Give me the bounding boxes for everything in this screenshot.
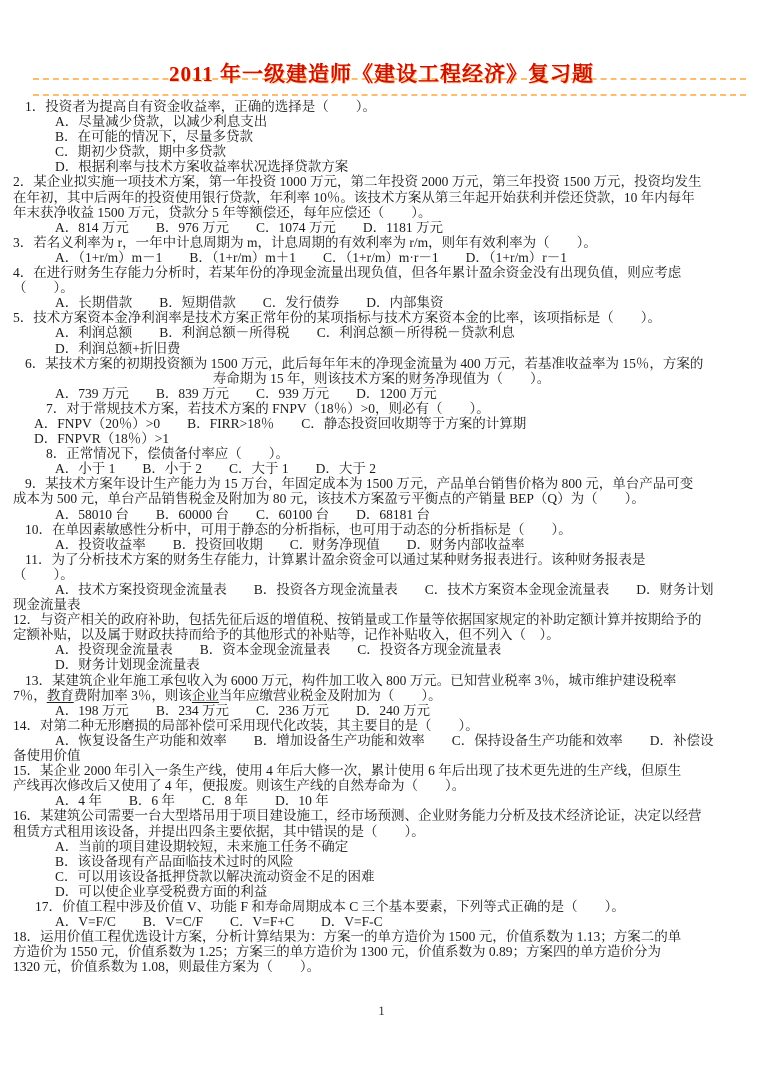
doc-line: D．根据利率与技术方案收益率状况选择贷款方案	[55, 159, 750, 174]
doc-line: A．恢复设备生产功能和效率 B．增加设备生产功能和效率 C．保持设备生产功能和效…	[55, 733, 750, 748]
doc-line: 备使用价值	[13, 748, 750, 763]
doc-line: 12．与资产相关的政府补助，包括先征后返的增值税、按销量或工作量等依据国家规定的…	[13, 612, 750, 627]
title-dashed-divider-bottom	[33, 94, 746, 96]
doc-line: 年末获净收益 1500 万元，贷款分 5 年等额偿还，每年应偿还（ ）。	[13, 205, 750, 220]
doc-line: 在年初，其中后两年的投资使用银行贷款，年利率 10％。该技术方案从第三年起开始获…	[13, 190, 750, 205]
doc-line: A．814 万元 B．976 万元 C．1074 万元 D．1181 万元	[55, 220, 750, 235]
doc-line: 10．在单因素敏感性分析中，可用于静态的分析指标，也可用于动态的分析指标是（ ）…	[25, 522, 750, 537]
doc-line: B．该设备现有产品面临技术过时的风险	[55, 854, 750, 869]
doc-line: A．投资收益率 B．投资回收期 C．财务净现值 D．财务内部收益率	[55, 537, 750, 552]
doc-line: A．198 万元 B．234 万元 C．236 万元 D．240 万元	[55, 703, 750, 718]
doc-line: A．V=F/C B．V=C/F C．V=F+C D．V=F-C	[55, 914, 750, 929]
doc-line: 现金流量表	[13, 597, 750, 612]
doc-line: 7．对于常规技术方案，若技术方案的 FNPV（18％）>0，则必有（ ）。	[46, 401, 750, 416]
doc-line: 9．某技术方案年设计生产能力为 15 万台，年固定成本为 1500 万元，产品单…	[25, 476, 750, 491]
doc-line: A．利润总额 B．利润总额－所得税 C．利润总额－所得税－贷款利息	[55, 325, 750, 340]
doc-line: 方造价为 1550 元，价值系数为 1.25；方案三的单方造价为 1300 元，…	[13, 944, 750, 959]
doc-line: A．投资现金流量表 B．资本金现金流量表 C．投资各方现金流量表	[55, 642, 750, 657]
doc-line: A．（1+r/m）m－1 B．（1+r/m）m＋1 C．（1+r/m）m·r－1…	[55, 250, 750, 265]
doc-line: （ ）。	[13, 567, 750, 582]
doc-line: 寿命期为 15 年，则该技术方案的财务净现值为（ ）。	[13, 371, 750, 386]
page-title: 2011 年一级建造师《建设工程经济》复习题	[0, 58, 763, 88]
doc-line: A．58010 台 B．60000 台 C．60100 台 D．68181 台	[55, 507, 750, 522]
doc-line: 3．若名义利率为 r，一年中计息周期为 m，计息周期的有效利率为 r/m，则年有…	[13, 235, 750, 250]
doc-line: A．739 万元 B．839 万元 C．939 万元 D．1200 万元	[55, 386, 750, 401]
doc-line: D．财务计划现金流量表	[55, 657, 750, 672]
doc-line: A．FNPV（20％）>0 B．FIRR>18％ C．静态投资回收期等于方案的计…	[34, 416, 750, 431]
doc-line: 18．运用价值工程优选设计方案，分析计算结果为：方案一的单方造价为 1500 元…	[13, 929, 750, 944]
doc-line: 1．投资者为提高自有资金收益率，正确的选择是（ ）。	[25, 99, 750, 114]
doc-line: 成本为 500 元，单台产品销售税金及附加为 80 元，该技术方案盈亏平衡点的产…	[13, 491, 750, 506]
doc-line: A．长期借款 B．短期借款 C．发行债券 D．内部集资	[55, 295, 750, 310]
doc-line: 15．某企业 2000 年引入一条生产线，使用 4 年后大修一次，累计使用 6 …	[13, 763, 750, 778]
doc-line: 13．某建筑企业年施工承包收入为 6000 万元，构件加工收入 800 万元。已…	[25, 673, 750, 688]
doc-line: 5．技术方案资本金净利润率是技术方案正常年份的某项指标与技术方案资本金的比率，该…	[13, 310, 750, 325]
doc-line: 14．对第二种无形磨损的局部补偿可采用现代化改装，其主要目的是（ ）。	[13, 718, 750, 733]
doc-line: A．当前的项目建设期较短，未来施工任务不确定	[55, 839, 750, 854]
doc-line: A．4 年 B．6 年 C．8 年 D．10 年	[55, 793, 750, 808]
doc-line: D．FNPVR（18％）>1	[34, 431, 750, 446]
document-body: 1．投资者为提高自有资金收益率，正确的选择是（ ）。A．尽量减少贷款，以减少利息…	[13, 99, 750, 974]
doc-line: 6．某技术方案的初期投资额为 1500 万元，此后每年年末的净现金流量为 400…	[25, 356, 750, 371]
doc-line: A．技术方案投资现金流量表 B．投资各方现金流量表 C．技术方案资本金现金流量表…	[55, 582, 750, 597]
page-number: 1	[0, 1003, 763, 1019]
document-page: 2011 年一级建造师《建设工程经济》复习题 1．投资者为提高自有资金收益率，正…	[0, 0, 763, 1080]
doc-line: 产线再次修改后又使用了 4 年，便报废。则该生产线的自然寿命为（ ）。	[13, 778, 750, 793]
doc-line: 11．为了分析技术方案的财务生存能力，计算累计盈余资金可以通过某种财务报表进行。…	[25, 552, 750, 567]
doc-line: 8．正常情况下，偿债备付率应（ ）。	[46, 446, 750, 461]
doc-line: 4．在进行财务生存能力分析时，若某年份的净现金流量出现负值，但各年累计盈余资金没…	[13, 265, 750, 280]
doc-line: 7％，教育费附加率 3％，则该企业当年应缴营业税金及附加为（ ）。	[13, 688, 750, 703]
doc-line: 1320 元，价值系数为 1.08，则最佳方案为（ ）。	[13, 959, 750, 974]
doc-line: B．在可能的情况下，尽量多贷款	[55, 129, 750, 144]
doc-line: （ ）。	[13, 280, 750, 295]
doc-line: 定额补贴，以及属于财政扶持而给予的其他形式的补贴等，记作补贴收入，但不列入（ ）…	[13, 627, 750, 642]
doc-line: 租赁方式租用该设备，并提出四条主要依据，其中错误的是（ ）。	[13, 824, 750, 839]
doc-line: C．可以用该设备抵押贷款以解决流动资金不足的困难	[55, 869, 750, 884]
doc-line: 2．某企业拟实施一项技术方案，第一年投资 1000 万元，第二年投资 2000 …	[13, 174, 750, 189]
doc-line: D．可以使企业享受税费方面的利益	[55, 884, 750, 899]
doc-line: C．期初少贷款，期中多贷款	[55, 144, 750, 159]
doc-line: 16．某建筑公司需要一台大型塔吊用于项目建设施工，经市场预测、企业财务能力分析及…	[13, 808, 750, 823]
doc-line: D．利润总额+折旧费	[55, 341, 750, 356]
doc-line: 17．价值工程中涉及价值 V、功能 F 和寿命周期成本 C 三个基本要素，下列等…	[35, 899, 750, 914]
doc-line: A．尽量减少贷款，以减少利息支出	[55, 114, 750, 129]
doc-line: A．小于 1 B．小于 2 C．大于 1 D．大于 2	[55, 461, 750, 476]
